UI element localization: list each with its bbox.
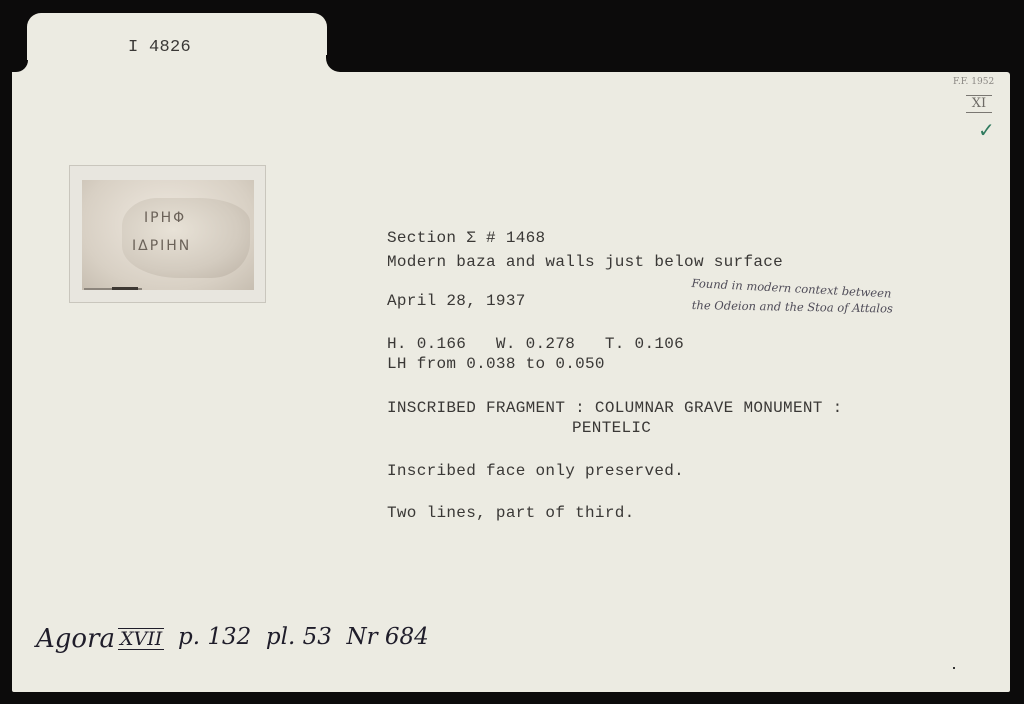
classification-line-2: PENTELIC <box>572 419 651 437</box>
classification-line-1: INSCRIBED FRAGMENT : COLUMNAR GRAVE MONU… <box>387 399 842 417</box>
section-line: Section Σ # 1468 <box>387 229 545 247</box>
pencil-date-note: F.F. 1952 <box>953 77 994 87</box>
photo-scale-bar-segment <box>112 287 138 290</box>
handwritten-reference-pages: p. 132 pl. 53 Nr 684 <box>178 624 429 650</box>
dimensions-line: H. 0.166 W. 0.278 T. 0.106 <box>387 335 684 353</box>
excavation-date: April 28, 1937 <box>387 292 526 310</box>
photo-mount: ΙΡΗΦ ΙΔΡΙΗΝ <box>69 165 266 303</box>
letter-height-line: LH from 0.038 to 0.050 <box>387 355 605 373</box>
roman-numeral-note: XI <box>966 95 992 113</box>
handwritten-reference-volume: XVII <box>118 628 164 650</box>
condition-line: Inscribed face only preserved. <box>387 462 684 480</box>
description-line: Two lines, part of third. <box>387 504 635 522</box>
context-line: Modern baza and walls just below surface <box>387 253 783 271</box>
fragment-photo: ΙΡΗΦ ΙΔΡΙΗΝ <box>82 180 254 290</box>
photo-inscription-line-2: ΙΔΡΙΗΝ <box>132 238 191 254</box>
inventory-number: I 4826 <box>128 38 191 57</box>
photo-inscription-line-1: ΙΡΗΦ <box>144 210 186 226</box>
ink-speck <box>953 667 955 669</box>
check-mark-icon: ✓ <box>978 118 995 142</box>
handwritten-reference-prefix: Agora <box>36 624 115 654</box>
